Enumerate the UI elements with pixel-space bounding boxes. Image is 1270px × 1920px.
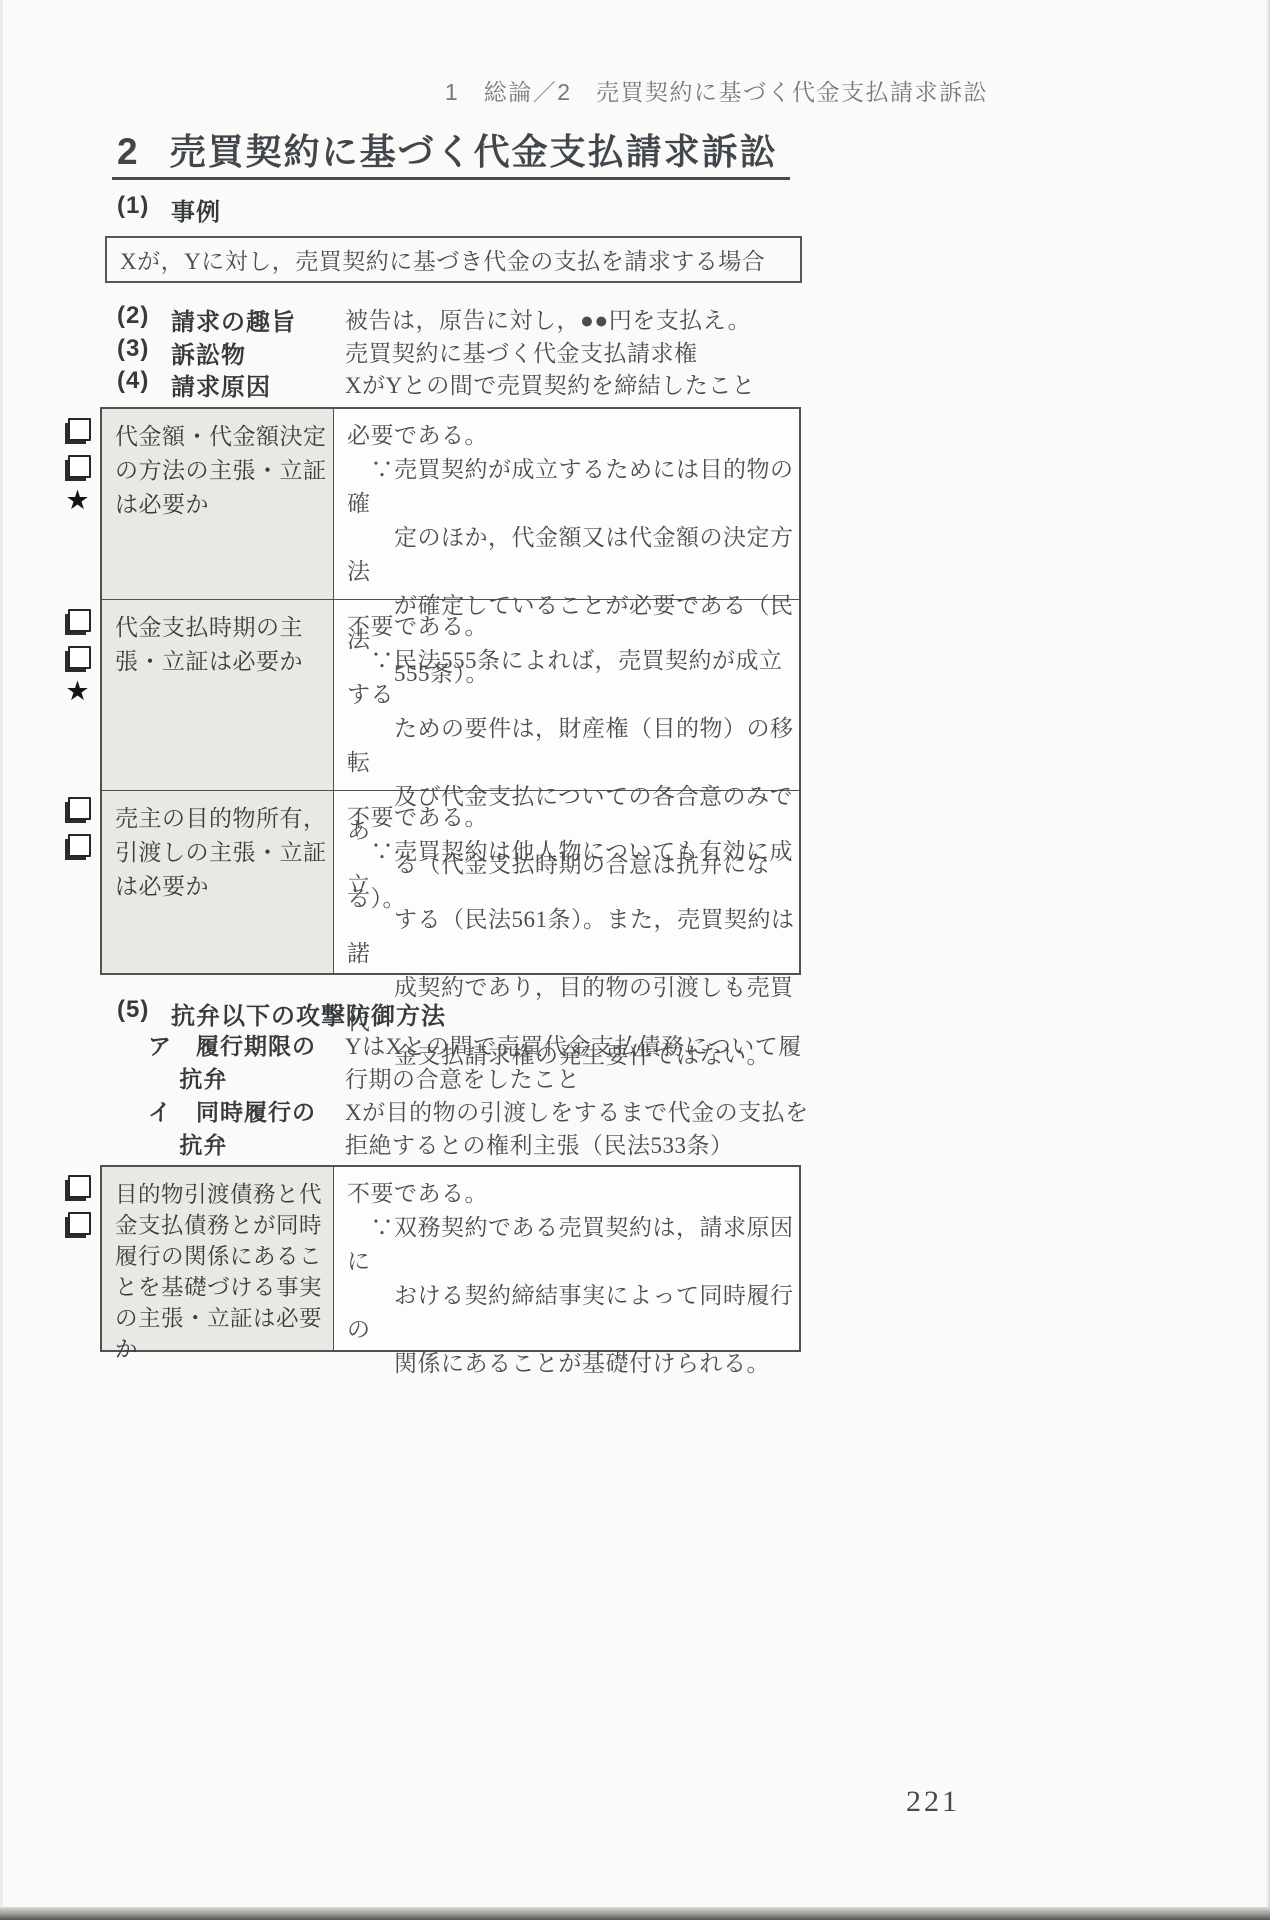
defense-name: ア 履行期限の 抗弁 (148, 1030, 345, 1096)
chapter-title-text: 売買契約に基づく代金支払請求訴訟 (170, 124, 778, 175)
star-icon: ★ (65, 490, 89, 512)
claim-purpose-row: (2) 請求の趣旨 被告は，原告に対し，●●円を支払え。 (117, 302, 751, 337)
cause-of-claim-label: (4) 請求原因 (117, 367, 345, 402)
defense-item-i: イ 同時履行の 抗弁 Xが目的物の引渡しをするまで代金の支払を 拒絶するとの権利… (148, 1096, 868, 1162)
defense-table: 目的物引渡債務と代 金支払債務とが同時 履行の関係にあるこ とを基礎づける事実 … (100, 1165, 801, 1352)
answer-cell: 必要である。 ∵売買契約が成立するためには目的物の確 定のほか，代金額又は代金額… (334, 409, 799, 599)
defense-item-a: ア 履行期限の 抗弁 YはXとの間で売買代金支払債務について履 行期の合意をした… (148, 1030, 868, 1096)
defense-method-list: ア 履行期限の 抗弁 YはXとの間で売買代金支払債務について履 行期の合意をした… (148, 1030, 868, 1162)
section-1-heading: (1) 事例 (117, 192, 221, 227)
defense-name: イ 同時履行の 抗弁 (148, 1096, 345, 1162)
marker-group-defense (60, 1175, 98, 1235)
section-2-label: (2) (117, 302, 171, 337)
checkbox-icon (68, 834, 91, 857)
chapter-number: 2 (117, 131, 140, 173)
cause-of-claim-row: (4) 請求原因 XがYとの間で売買契約を締結したこと (117, 367, 755, 402)
checkbox-icon (68, 646, 91, 669)
table-row: 目的物引渡債務と代 金支払債務とが同時 履行の関係にあるこ とを基礎づける事実 … (102, 1167, 799, 1350)
checklist-table: 代金額・代金額決定 の方法の主張・立証 は必要か 必要である。 ∵売買契約が成立… (100, 407, 801, 975)
defense-description: YはXとの間で売買代金支払債務について履 行期の合意をしたこと (345, 1030, 868, 1096)
marker-group-row1: ★ (60, 418, 98, 512)
section-3-title: 訴訟物 (171, 335, 246, 370)
page-number: 221 (906, 1785, 960, 1819)
section-2-title: 請求の趣旨 (171, 302, 296, 337)
section-4-title: 請求原因 (171, 367, 271, 402)
subject-matter-row: (3) 訴訟物 売買契約に基づく代金支払請求権 (117, 335, 698, 370)
cause-of-claim-value: XがYとの間で売買契約を締結したこと (345, 367, 755, 402)
checkbox-icon (68, 1175, 91, 1198)
section-4-label: (4) (117, 367, 171, 402)
answer-cell: 不要である。 ∵双務契約である売買契約は，請求原因に おける契約締結事実によって… (334, 1167, 799, 1350)
answer-cell: 不要である。 ∵売買契約は他人物についても有効に成立 する（民法561条）。また… (334, 791, 799, 973)
answer-cell: 不要である。 ∵民法555条によれば，売買契約が成立する ための要件は，財産権（… (334, 600, 799, 790)
marker-group-row3 (60, 797, 98, 857)
claim-purpose-label: (2) 請求の趣旨 (117, 302, 345, 337)
question-cell: 代金額・代金額決定 の方法の主張・立証 は必要か (102, 409, 334, 599)
question-cell: 売主の目的物所有， 引渡しの主張・立証 は必要か (102, 791, 334, 973)
checkbox-icon (68, 455, 91, 478)
marker-group-row2: ★ (60, 609, 98, 703)
title-underline (112, 177, 790, 180)
table-row: 代金額・代金額決定 の方法の主張・立証 は必要か 必要である。 ∵売買契約が成立… (102, 409, 799, 599)
scan-edge-right (1266, 0, 1270, 1920)
star-icon: ★ (65, 681, 89, 703)
claim-purpose-value: 被告は，原告に対し，●●円を支払え。 (345, 302, 751, 337)
section-5-heading: (5) 抗弁以下の攻撃防御方法 (117, 996, 446, 1031)
checkbox-icon (68, 609, 91, 632)
section-1-label: (1) (117, 192, 171, 227)
subject-matter-value: 売買契約に基づく代金支払請求権 (345, 335, 698, 370)
defense-description: Xが目的物の引渡しをするまで代金の支払を 拒絶するとの権利主張（民法533条） (345, 1096, 868, 1162)
chapter-title: 2 売買契約に基づく代金支払請求訴訟 (117, 124, 778, 175)
scan-edge-left (0, 0, 3, 1920)
section-5-label: (5) (117, 996, 171, 1031)
book-page: 1 総論／2 売買契約に基づく代金支払請求訴訟 2 売買契約に基づく代金支払請求… (0, 0, 1270, 1920)
case-example-box: Xが，Yに対し，売買契約に基づき代金の支払を請求する場合 (105, 236, 802, 283)
checkbox-icon (68, 797, 91, 820)
section-3-label: (3) (117, 335, 171, 370)
question-cell: 代金支払時期の主 張・立証は必要か (102, 600, 334, 790)
subject-matter-label: (3) 訴訟物 (117, 335, 345, 370)
checkbox-icon (68, 418, 91, 441)
scan-edge-bottom (0, 1907, 1270, 1920)
question-cell: 目的物引渡債務と代 金支払債務とが同時 履行の関係にあるこ とを基礎づける事実 … (102, 1167, 334, 1350)
section-1-title: 事例 (171, 192, 221, 227)
table-row: 売主の目的物所有， 引渡しの主張・立証 は必要か 不要である。 ∵売買契約は他人… (102, 790, 799, 973)
checkbox-icon (68, 1212, 91, 1235)
running-header: 1 総論／2 売買契約に基づく代金支払請求訴訟 (0, 74, 988, 107)
table-row: 代金支払時期の主 張・立証は必要か 不要である。 ∵民法555条によれば，売買契… (102, 599, 799, 790)
case-example-text: Xが，Yに対し，売買契約に基づき代金の支払を請求する場合 (120, 243, 765, 276)
section-5-title: 抗弁以下の攻撃防御方法 (171, 996, 446, 1031)
